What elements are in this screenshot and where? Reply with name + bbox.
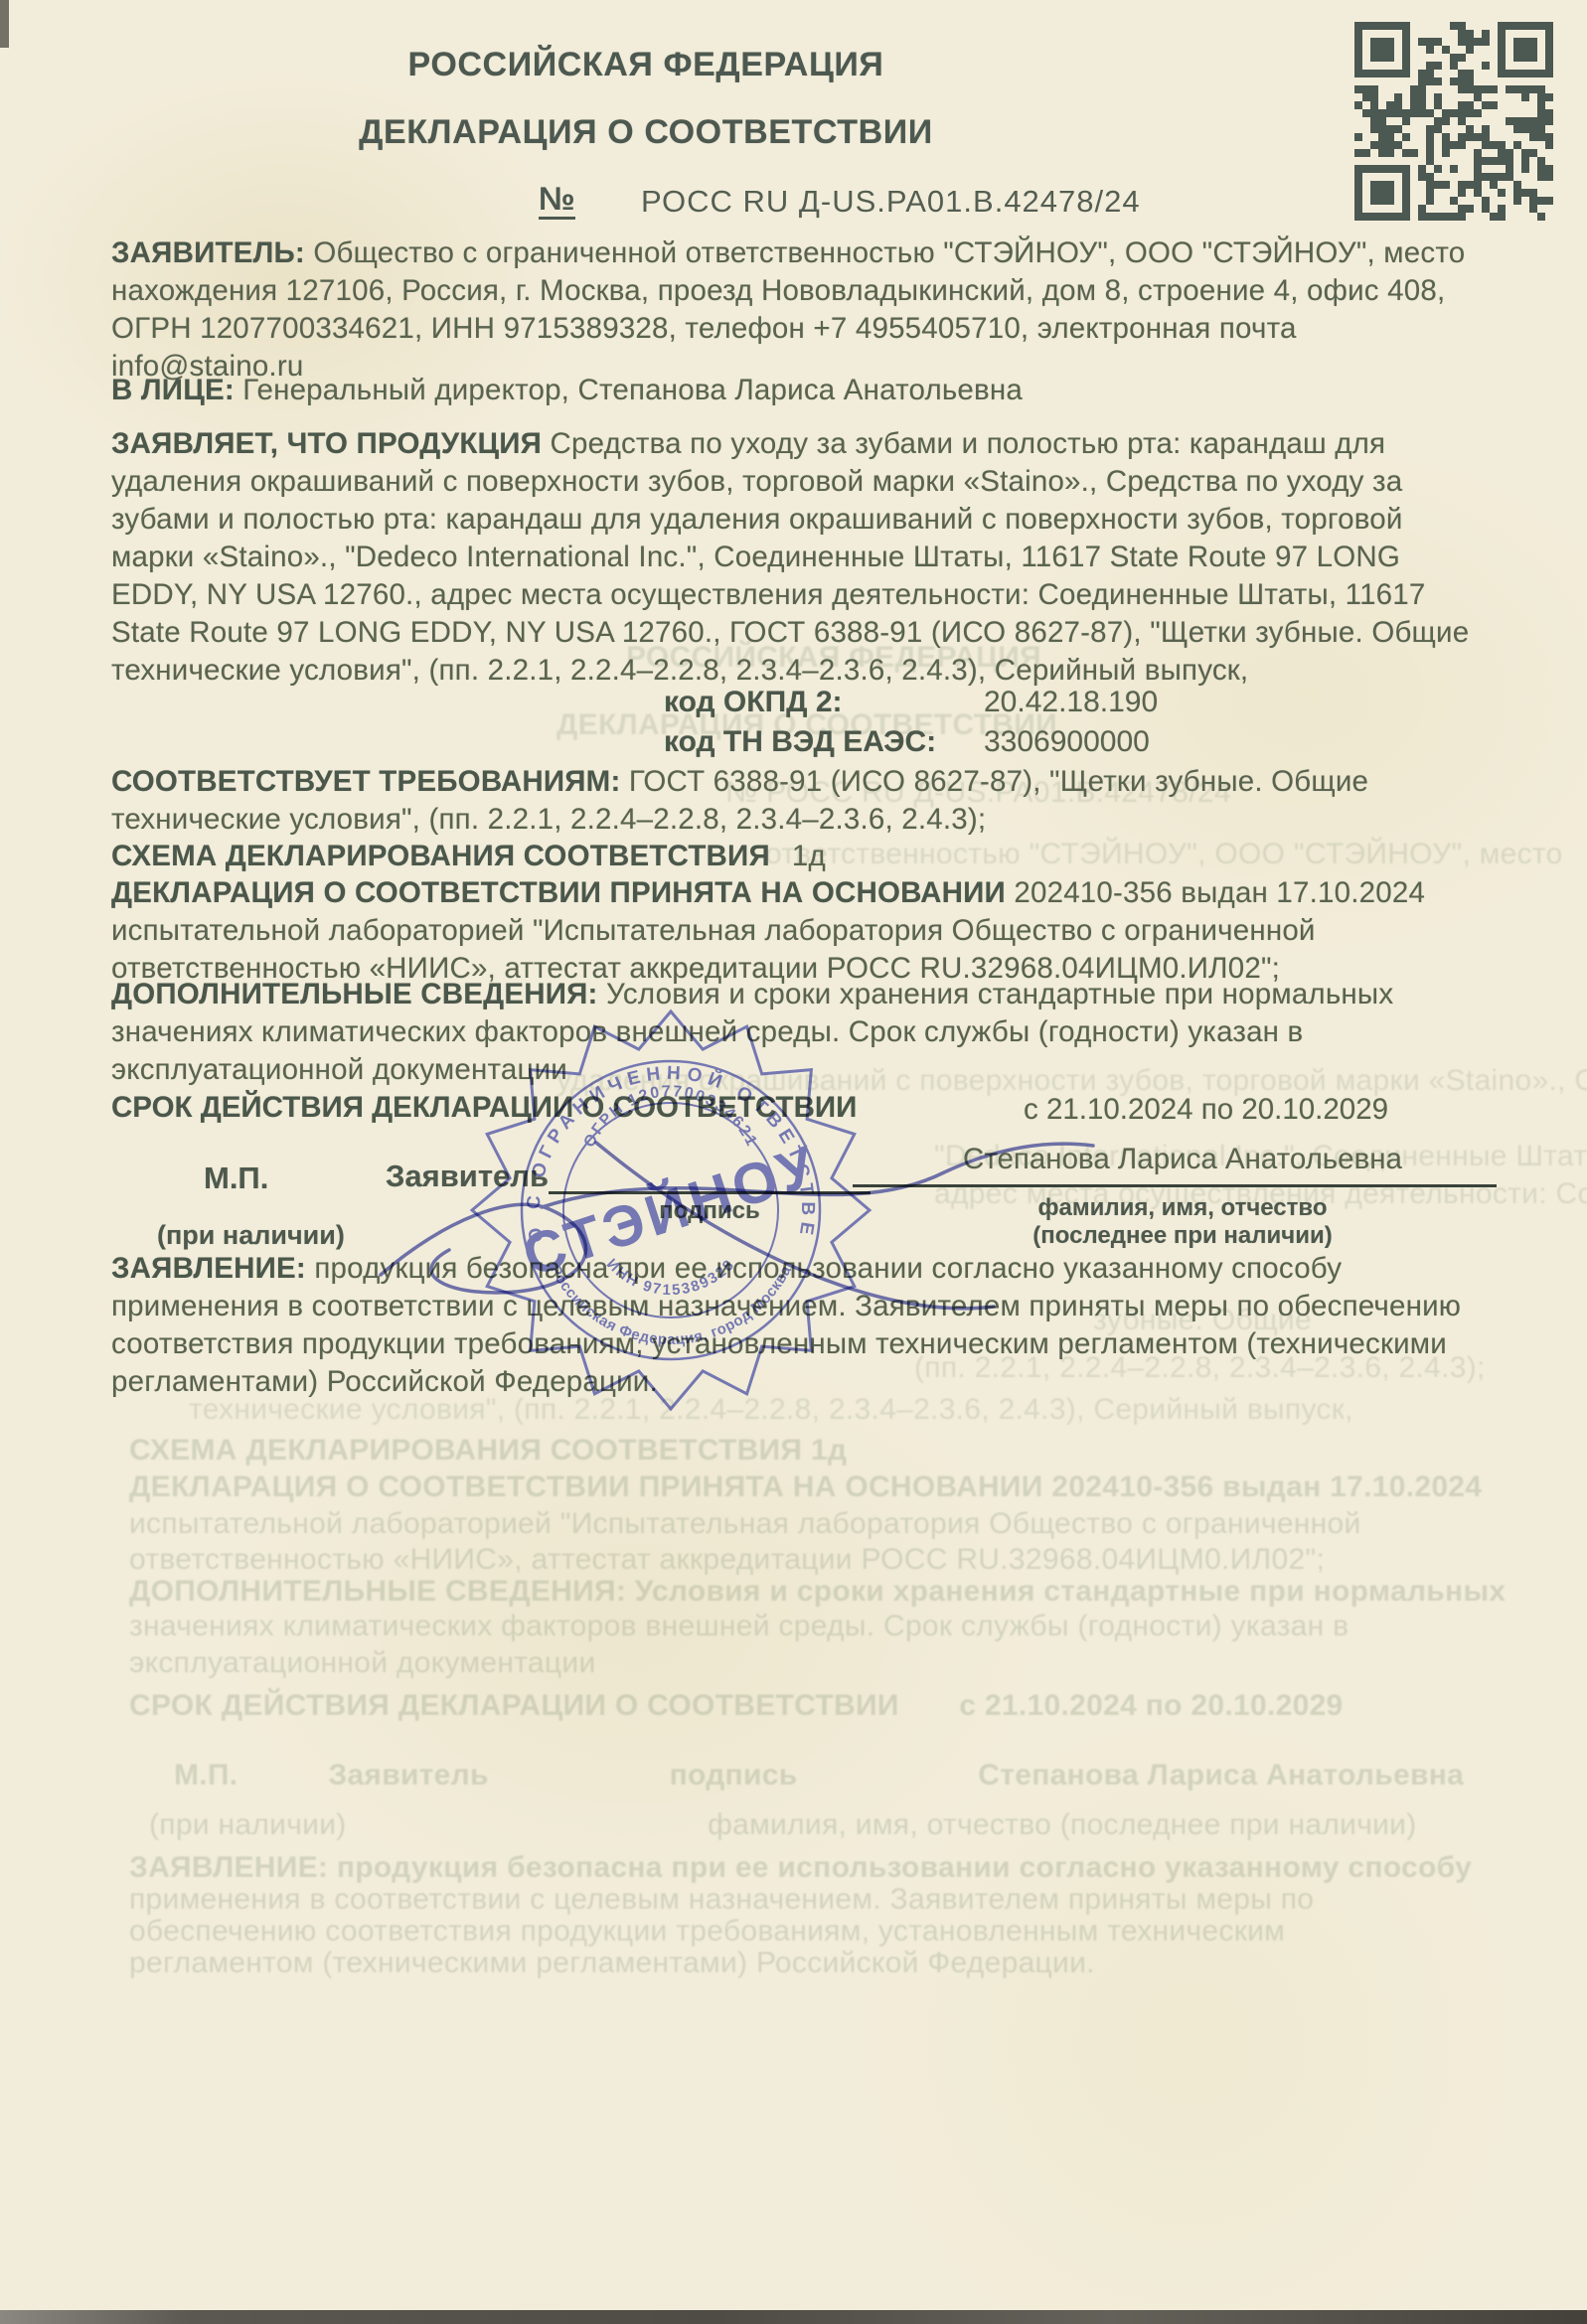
tnved-code-label: код ТН ВЭД ЕАЭС:	[664, 723, 936, 761]
ghost-line: значениях климатических факторов внешней…	[129, 1610, 1349, 1643]
ghost-line: СРОК ДЕЙСТВИЯ ДЕКЛАРАЦИИ О СООТВЕТСТВИИ …	[129, 1689, 1344, 1723]
seal-place-note: (при наличии)	[157, 1220, 345, 1251]
declaration-basis-section: ДЕКЛАРАЦИЯ О СООТВЕТСТВИИ ПРИНЯТА НА ОСН…	[111, 874, 1481, 988]
okpd-code-row: код ОКПД 2: 20.42.18.190	[0, 684, 1587, 723]
product-declaration-label: ЗАЯВЛЯЕТ, ЧТО ПРОДУКЦИЯ	[111, 427, 542, 460]
okpd-code-label: код ОКПД 2:	[664, 684, 843, 721]
qr-code	[1354, 22, 1553, 221]
seal-place-label: М.П.	[204, 1161, 268, 1196]
conformity-requirements-section: СООТВЕТСТВУЕТ ТРЕБОВАНИЯМ: ГОСТ 6388-91 …	[111, 763, 1481, 839]
product-declaration-section: ЗАЯВЛЯЕТ, ЧТО ПРОДУКЦИЯ Средства по уход…	[111, 425, 1481, 690]
ghost-line: ответственностью «НИИС», аттестат аккред…	[129, 1543, 1325, 1577]
declaration-number: РОСС RU Д-US.PA01.B.42478/24	[641, 184, 1141, 220]
in-person-label: В ЛИЦЕ:	[111, 374, 235, 406]
applicant-label: ЗАЯВИТЕЛЬ:	[111, 236, 305, 269]
ghost-line: применения в соответствии с целевым назн…	[129, 1883, 1314, 1917]
ghost-line: ДЕКЛАРАЦИЯ О СООТВЕТСТВИИ ПРИНЯТА НА ОСН…	[129, 1471, 1482, 1504]
scanned-declaration-page: { "page": {"paper_color": "#f2edda", "in…	[0, 0, 1587, 2324]
in-person-text: Генеральный директор, Степанова Лариса А…	[242, 374, 1023, 406]
ghost-line: ДОПОЛНИТЕЛЬНЫЕ СВЕДЕНИЯ: Условия и сроки…	[129, 1575, 1506, 1609]
ghost-line: обеспечению соответствия продукции требо…	[129, 1915, 1285, 1948]
scan-corner-mark	[0, 0, 9, 48]
declaration-scheme-label: СХЕМА ДЕКЛАРИРОВАНИЯ СООТВЕТСТВИЯ	[111, 840, 770, 872]
applicant-text: Общество с ограниченной ответственностью…	[111, 236, 1465, 383]
in-person-section: В ЛИЦЕ: Генеральный директор, Степанова …	[111, 372, 1481, 409]
number-sign: №	[539, 181, 575, 220]
declaration-number-line: № РОСС RU Д-US.PA01.B.42478/24	[0, 181, 1292, 225]
ghost-line: эксплуатационной документации	[129, 1646, 596, 1680]
safety-statement-label: ЗАЯВЛЕНИЕ:	[111, 1252, 306, 1285]
declaration-basis-label: ДЕКЛАРАЦИЯ О СООТВЕТСТВИИ ПРИНЯТА НА ОСН…	[111, 876, 1006, 909]
ghost-line: СХЕМА ДЕКЛАРИРОВАНИЯ СООТВЕТСТВИЯ 1д	[129, 1434, 847, 1468]
okpd-code-value: 20.42.18.190	[984, 684, 1158, 721]
ghost-line: испытательной лабораторией "Испытательна…	[129, 1507, 1361, 1541]
handwritten-signature	[348, 1113, 1123, 1341]
document-title: ДЕКЛАРАЦИЯ О СООТВЕТСТВИИ	[0, 113, 1292, 152]
header-country-title: РОССИЙСКАЯ ФЕДЕРАЦИЯ	[0, 46, 1292, 84]
applicant-section: ЗАЯВИТЕЛЬ: Общество с ограниченной ответ…	[111, 234, 1481, 386]
ghost-line: М.П. Заявитель подпись Степанова Лариса …	[174, 1759, 1464, 1792]
ghost-line: ЗАЯВЛЕНИЕ: продукция безопасна при ее ис…	[129, 1851, 1472, 1885]
declaration-scheme-value: 1д	[792, 840, 826, 872]
tnved-code-row: код ТН ВЭД ЕАЭС: 3306900000	[0, 723, 1587, 763]
tnved-code-value: 3306900000	[984, 723, 1150, 761]
ghost-line: (при наличии) фамилия, имя, отчество (по…	[149, 1808, 1417, 1842]
declaration-scheme-section: СХЕМА ДЕКЛАРИРОВАНИЯ СООТВЕТСТВИЯ1д	[111, 838, 1481, 875]
product-declaration-text: Средства по уходу за зубами и полостью р…	[111, 427, 1469, 687]
ghost-line: регламентом (техническими регламентами) …	[129, 1946, 1095, 1980]
scan-edge-strip	[0, 2310, 1587, 2324]
conformity-requirements-label: СООТВЕТСТВУЕТ ТРЕБОВАНИЯМ:	[111, 765, 620, 798]
